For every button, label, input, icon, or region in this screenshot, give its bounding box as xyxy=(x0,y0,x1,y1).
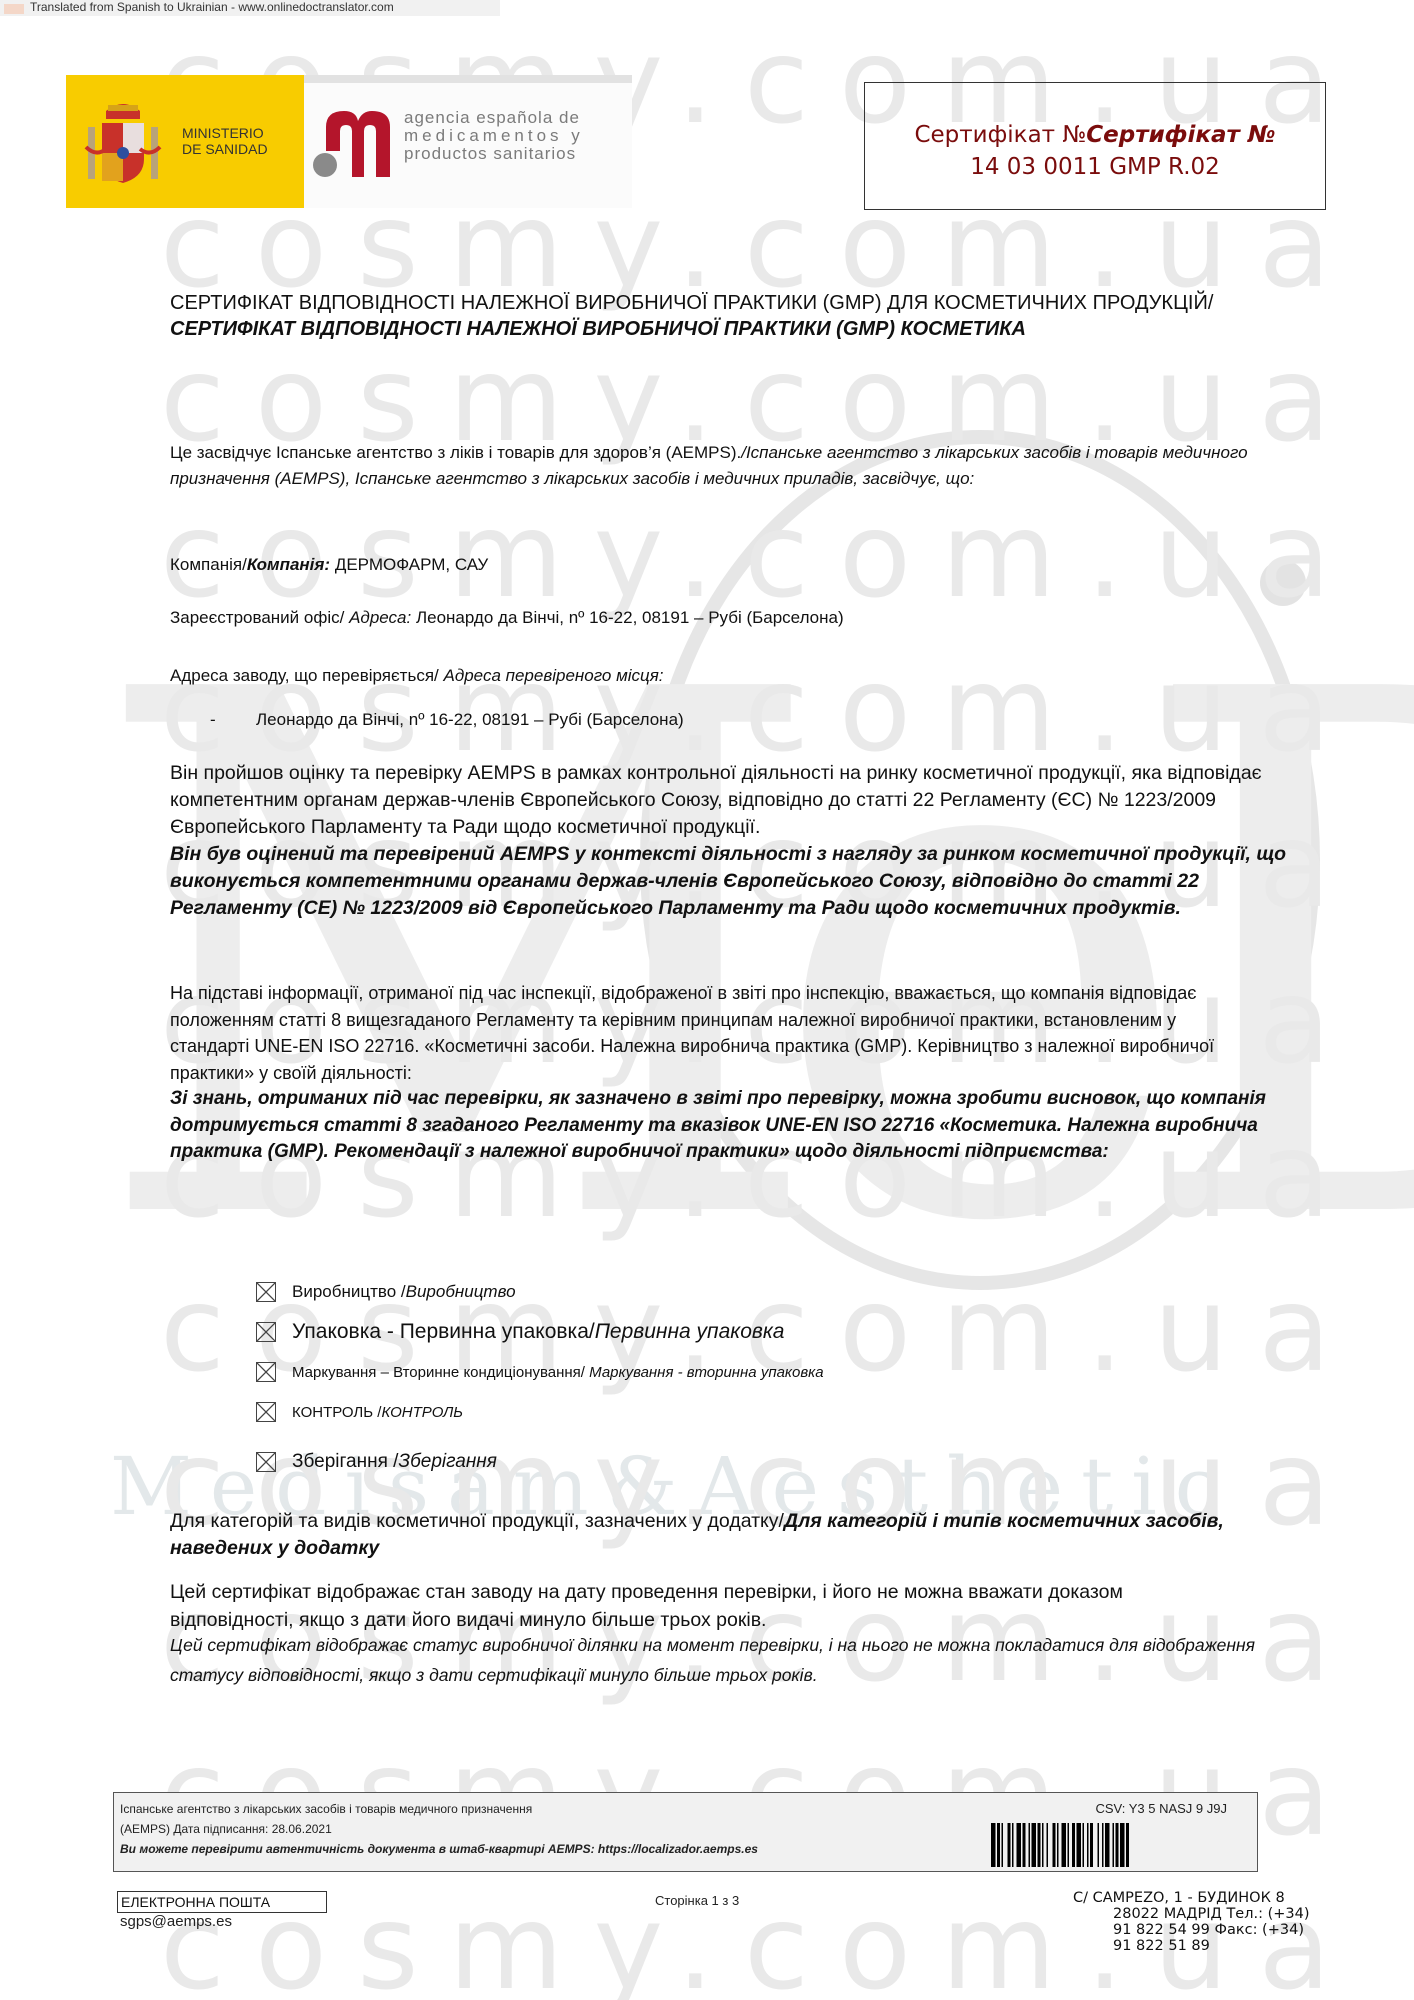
validity-paragraph: Цей сертифікат відображає стан заводу на… xyxy=(170,1578,1250,1690)
email-link[interactable]: sgps@aemps.es xyxy=(120,1913,232,1930)
checked-box-icon[interactable] xyxy=(256,1452,276,1472)
certificate-number: 14 03 0011 GMP R.02 xyxy=(865,151,1325,183)
signer-line: Іспанське агентство з лікарських засобів… xyxy=(120,1799,758,1819)
certificate-label-italic: Сертифікат № xyxy=(1086,122,1275,148)
certificate-number-box: Сертифікат №Сертифікат № 14 03 0011 GMP … xyxy=(864,82,1326,210)
inspected-site-line: Адреса заводу, що перевіряється/ Адреса … xyxy=(170,663,1330,688)
header-logos: MINISTERIO DE SANIDAD agencia española d… xyxy=(66,75,632,208)
csv-code: CSV: Y3 5 NASJ 9 J9J xyxy=(1095,1801,1227,1816)
registered-office-value: Леонардо да Вінчі, nº 16-22, 08191 – Руб… xyxy=(416,608,844,627)
company-line: Компанія/Компанія: ДЕРМОФАРМ, САУ xyxy=(170,552,1330,577)
translator-banner-text: Translated from Spanish to Ukrainian - w… xyxy=(30,0,394,14)
checked-box-icon[interactable] xyxy=(256,1322,276,1342)
verify-line[interactable]: Ви можете перевірити автентичність докум… xyxy=(120,1839,758,1859)
coat-of-arms-icon xyxy=(84,97,162,189)
assessment-paragraph: Він пройшов оцінку та перевірку AEMPS в … xyxy=(170,760,1300,922)
activity-item: Зберігання /Зберігання xyxy=(256,1442,1156,1482)
activity-item: Маркування – Вторинне кондиціонування/ М… xyxy=(256,1352,1156,1392)
agency-address: C/ CAMPEZO, 1 - БУДИНОК 8 28022 МАДРІД Т… xyxy=(1073,1890,1310,1954)
aemps-logo: agencia española de medicamentos y produ… xyxy=(304,75,632,208)
page-title: СЕРТИФІКАТ ВІДПОВІДНОСТІ НАЛЕЖНОЇ ВИРОБН… xyxy=(170,290,1310,342)
inspected-site-address: -Леонардо да Вінчі, nº 16-22, 08191 – Ру… xyxy=(210,707,1370,732)
page-title-italic: СЕРТИФІКАТ ВІДПОВІДНОСТІ НАЛЕЖНОЇ ВИРОБН… xyxy=(170,318,1026,340)
registered-office-label-italic: Адреса: xyxy=(349,608,411,627)
email-label: ЕЛЕКТРОННА ПОШТА xyxy=(117,1891,327,1913)
activity-item: КОНТРОЛЬ /КОНТРОЛЬ xyxy=(256,1392,1156,1432)
signed-date-line: (AEMPS) Дата підписання: 28.06.2021 xyxy=(120,1819,758,1839)
inspected-site-label-italic: Адреса перевіреного місця: xyxy=(443,666,663,685)
company-label: Компанія/ xyxy=(170,555,247,574)
aemps-am-icon xyxy=(312,103,392,183)
checked-box-icon[interactable] xyxy=(256,1362,276,1382)
ministry-name: MINISTERIO DE SANIDAD xyxy=(182,125,268,157)
page-number: Сторінка 1 з 3 xyxy=(655,1893,739,1908)
registered-office-label: Зареєстрований офіс/ xyxy=(170,608,349,627)
activity-item: Виробництво /Виробництво xyxy=(256,1272,1156,1312)
assessment-italic: Він був оцінений та перевірений AEMPS у … xyxy=(170,841,1300,922)
inspected-site-label: Адреса заводу, що перевіряється/ xyxy=(170,666,443,685)
translator-banner[interactable]: Translated from Spanish to Ukrainian - w… xyxy=(0,0,500,16)
translator-logo-icon xyxy=(4,4,24,14)
validity-italic: Цей сертифікат відображає статус виробни… xyxy=(170,1630,1280,1690)
ministry-logo: MINISTERIO DE SANIDAD xyxy=(66,75,304,208)
aemps-name: agencia española de medicamentos y produ… xyxy=(404,109,584,163)
categories-paragraph: Для категорій та видів косметичної проду… xyxy=(170,1508,1280,1562)
signature-footer: Іспанське агентство з лікарських засобів… xyxy=(113,1792,1258,1872)
barcode-icon xyxy=(991,1823,1241,1867)
activities-checklist: Виробництво /Виробництво Упаковка - Перв… xyxy=(256,1272,1156,1482)
registered-office-line: Зареєстрований офіс/ Адреса: Леонардо да… xyxy=(170,605,1330,630)
bullet-dash: - xyxy=(210,707,256,732)
intro-paragraph: Це засвідчує Іспанське агентство з ліків… xyxy=(170,440,1280,492)
company-label-italic: Компанія: xyxy=(247,555,330,574)
checked-box-icon[interactable] xyxy=(256,1282,276,1302)
conclusion-paragraph: На підставі інформації, отриманої під ча… xyxy=(170,980,1260,1166)
inspected-site-value: Леонардо да Вінчі, nº 16-22, 08191 – Руб… xyxy=(256,710,684,729)
document-page: Translated from Spanish to Ukrainian - w… xyxy=(0,0,1414,2000)
certificate-label: Сертифікат № xyxy=(914,122,1086,148)
company-value: ДЕРМОФАРМ, САУ xyxy=(335,555,488,574)
activity-item: Упаковка - Первинна упаковка/Первинна уп… xyxy=(256,1312,1156,1352)
checked-box-icon[interactable] xyxy=(256,1402,276,1422)
conclusion-italic: Зі знань, отриманих під час перевірки, я… xyxy=(170,1086,1320,1166)
